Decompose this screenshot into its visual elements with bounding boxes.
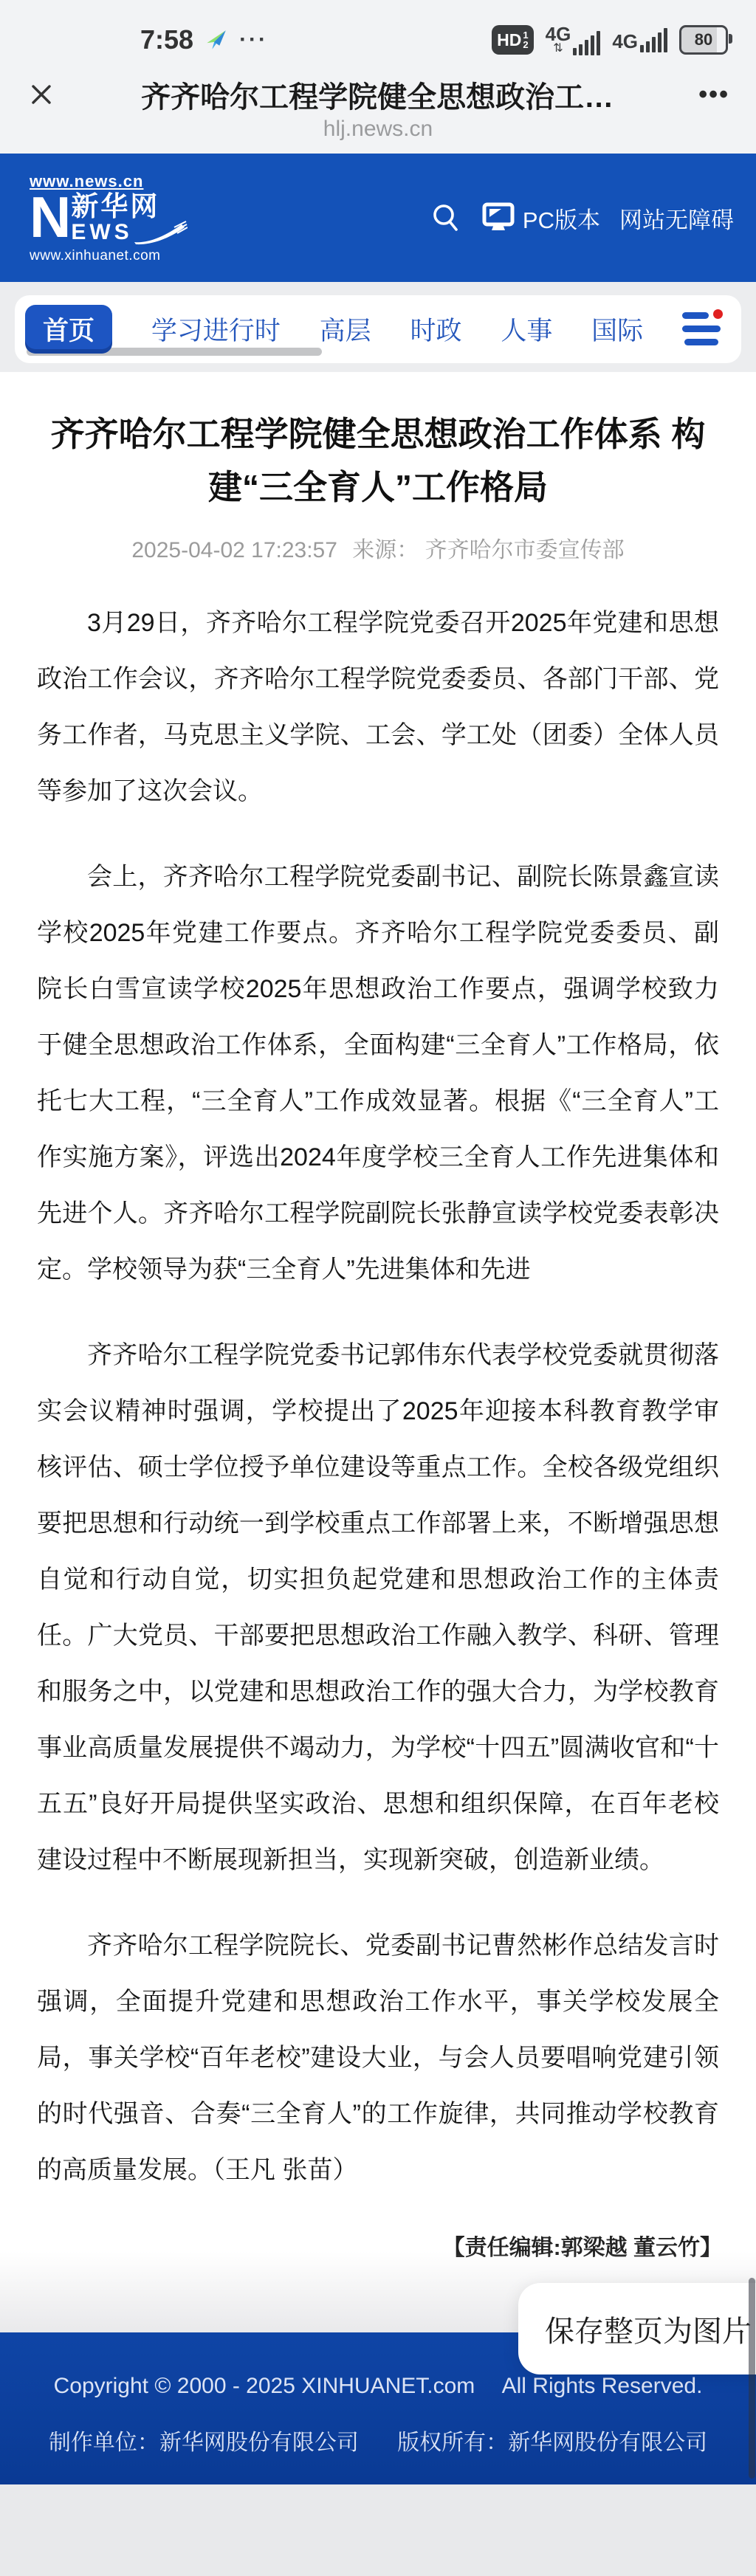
pc-version-label: PC版本 [523, 202, 600, 235]
logo-letters-ews: EWS [71, 221, 132, 244]
hd-voice-icon: HD 12 [492, 25, 533, 55]
save-page-as-image-button[interactable]: 保存整页为图片 > [518, 2283, 756, 2374]
bottom-gray-strip [0, 2484, 756, 2576]
status-more-dots-icon: ··· [239, 27, 268, 52]
article-paragraph: 3月29日，齐齐哈尔工程学院党委召开2025年党建和思想政治工作会议，齐齐哈尔工… [37, 595, 719, 819]
vertical-scrollbar-thumb[interactable] [749, 2278, 755, 2479]
nav-bar: 首页 学习进行时 高层 时政 人事 国际 [15, 295, 741, 363]
footer-producer: 制作单位：新华网股份有限公司 [49, 2431, 359, 2455]
nav-tab-home[interactable]: 首页 [25, 305, 112, 354]
pc-version-button[interactable]: PC版本 [481, 202, 600, 235]
article-meta: 2025-04-02 17:23:57 来源： 齐齐哈尔市委宣传部 [37, 531, 719, 564]
menu-hamburger-icon[interactable] [682, 312, 721, 346]
nav-tab-gaoceng[interactable]: 高层 [320, 311, 371, 348]
article-paragraph: 齐齐哈尔工程学院院长、党委副书记曹然彬作总结发言时强调，全面提升党建和思想政治工… [37, 1918, 719, 2198]
page-title: 齐齐哈尔工程学院健全思想政治工… [56, 74, 698, 116]
nav-tab-xuexi[interactable]: 学习进行时 [151, 311, 281, 348]
data-activity-arrows-icon: ⇅ [553, 44, 563, 54]
accessibility-button[interactable]: 网站无障碍 [619, 202, 734, 235]
close-icon[interactable] [27, 80, 56, 109]
battery-icon: 80 [679, 25, 728, 55]
footer-owner: 版权所有：新华网股份有限公司 [397, 2431, 707, 2455]
article-paragraph: 会上，齐齐哈尔工程学院党委副书记、副院长陈景鑫宣读学校2025年党建工作要点。齐… [37, 849, 719, 1298]
xinhuanet-logo[interactable]: www.news.cn N 新华网 EWS www.xinhuanet.com [30, 173, 188, 263]
browser-menu-button[interactable]: ••• [698, 80, 729, 109]
site-header: www.news.cn N 新华网 EWS www.xinhuanet.com [0, 154, 756, 282]
nav-tab-guoji[interactable]: 国际 [591, 311, 643, 348]
search-icon[interactable] [430, 202, 462, 234]
article-paragraph: 齐齐哈尔工程学院党委书记郭伟东代表学校党委就贯彻落实会议精神时强调，学校提出了2… [37, 1327, 719, 1888]
publish-datetime: 2025-04-02 17:23:57 [131, 538, 337, 562]
article-card: 齐齐哈尔工程学院健全思想政治工作体系 构建“三全育人”工作格局 2025-04-… [0, 372, 756, 2332]
signal-sim1-icon: 4G ⇅ [546, 24, 601, 55]
logo-swoosh-icon [133, 220, 188, 245]
logo-domain-bottom: www.xinhuanet.com [30, 249, 188, 263]
article-source: 来源： 齐齐哈尔市委宣传部 [352, 538, 624, 562]
browser-title-bar: 齐齐哈尔工程学院健全思想政治工… ••• [0, 72, 756, 117]
url-text: hlj.news.cn [0, 117, 756, 154]
logo-letter-n: N [30, 193, 69, 241]
article-title: 齐齐哈尔工程学院健全思想政治工作体系 构建“三全育人”工作格局 [37, 407, 719, 514]
clock-time: 7:58 [140, 24, 193, 55]
telegram-app-icon [204, 27, 229, 52]
footer-rights: All Rights Reserved. [502, 2374, 703, 2398]
nav-tab-shizheng[interactable]: 时政 [410, 311, 461, 348]
monitor-icon [481, 202, 515, 234]
accessibility-label: 网站无障碍 [619, 202, 734, 235]
status-bar: 7:58 ··· HD 12 4G ⇅ 4G 80 [0, 0, 756, 72]
article-body: 3月29日，齐齐哈尔工程学院党委召开2025年党建和思想政治工作会议，齐齐哈尔工… [37, 595, 719, 2198]
save-button-label: 保存整页为图片 [545, 2308, 752, 2350]
logo-chinese-name: 新华网 [71, 193, 187, 220]
nav-tab-renshi[interactable]: 人事 [501, 311, 552, 348]
notification-dot [713, 309, 723, 319]
signal-sim2-icon: 4G [612, 28, 667, 52]
footer-copyright: Copyright © 2000 - 2025 XINHUANET.com [54, 2374, 475, 2398]
